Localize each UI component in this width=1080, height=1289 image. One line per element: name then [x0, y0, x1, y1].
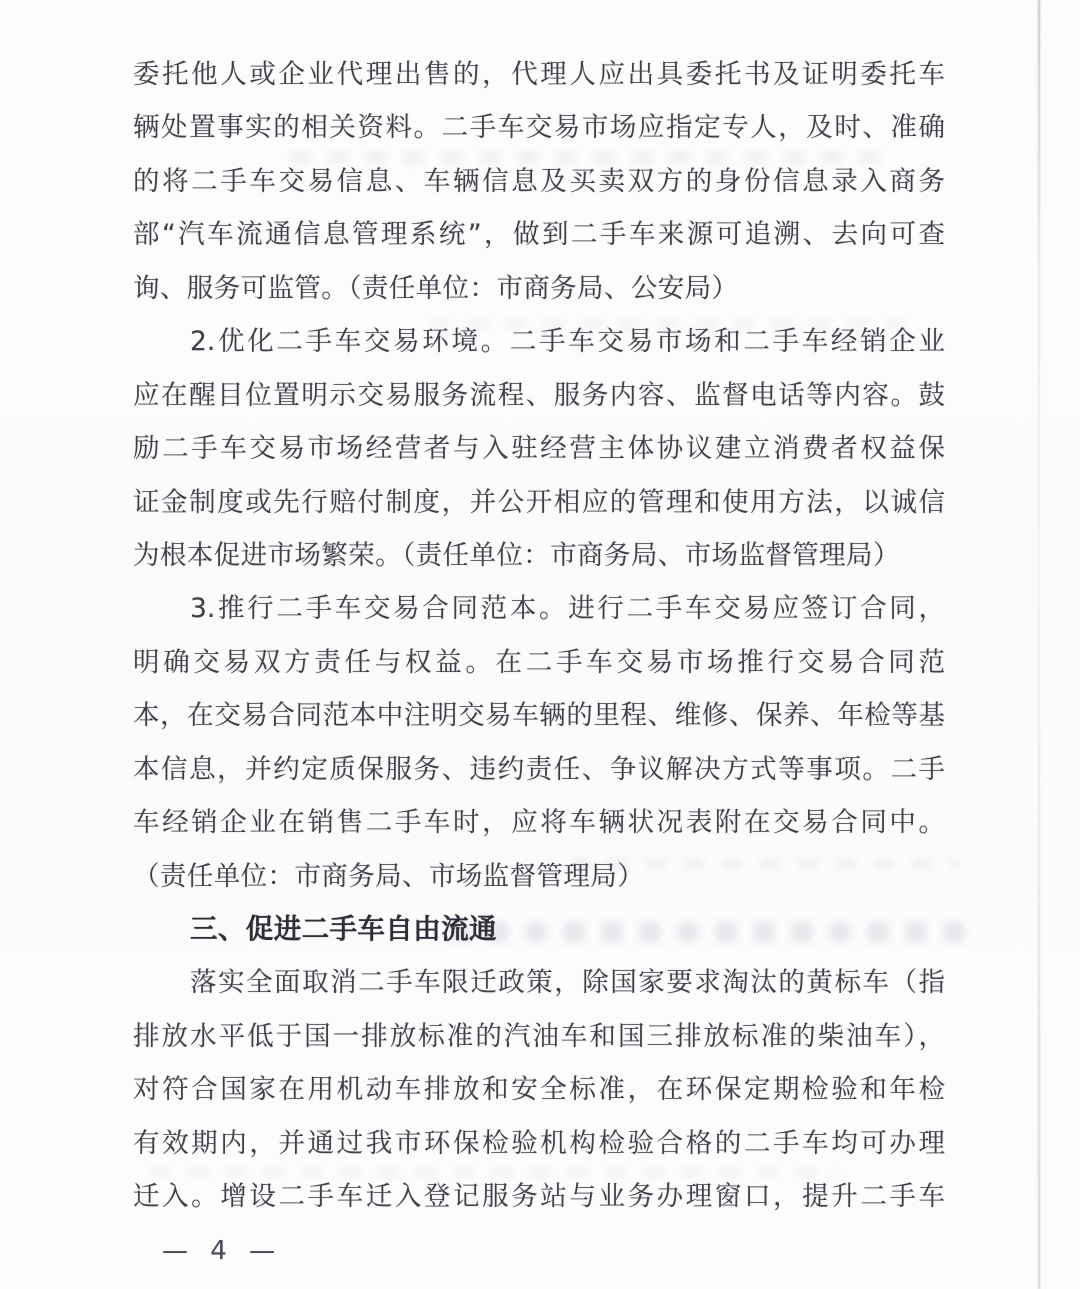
text-line: 应在醒目位置明示交易服务流程、服务内容、监督电话等内容。鼓 — [133, 369, 945, 422]
text-line: 的将二手车交易信息、车辆信息及买卖双方的身份信息录入商务 — [133, 155, 945, 208]
text-line: 励二手车交易市场经营者与入驻经营主体协议建立消费者权益保 — [133, 422, 945, 475]
text-line: 本，在交易合同范本中注明交易车辆的里程、维修、保养、年检等基 — [133, 689, 945, 742]
text-line: 有效期内，并通过我市环保检验机构检验合格的二手车均可办理 — [133, 1117, 945, 1170]
text-line: 车经销企业在销售二手车时，应将车辆状况表附在交易合同中。 — [133, 796, 945, 849]
text-line: 2.优化二手车交易环境。二手车交易市场和二手车经销企业 — [133, 315, 945, 368]
text-line: 迁入。增设二手车迁入登记服务站与业务办理窗口，提升二手车 — [133, 1170, 945, 1223]
text-line: 明确交易双方责任与权益。在二手车交易市场推行交易合同范 — [133, 636, 945, 689]
text-line: 为根本促进市场繁荣。（责任单位：市商务局、市场监督管理局） — [133, 529, 945, 582]
text-line: 部“汽车流通信息管理系统”，做到二手车来源可追溯、去向可查 — [133, 208, 945, 261]
text-line: 落实全面取消二手车限迁政策，除国家要求淘汰的黄标车（指 — [133, 956, 945, 1009]
text-line: 3.推行二手车交易合同范本。进行二手车交易应签订合同， — [133, 582, 945, 635]
text-line: 对符合国家在用机动车排放和安全标准，在环保定期检验和年检 — [133, 1063, 945, 1116]
text-line: 证金制度或先行赔付制度，并公开相应的管理和使用方法，以诚信 — [133, 476, 945, 529]
text-line: 本信息，并约定质保服务、违约责任、争议解决方式等事项。二手 — [133, 743, 945, 796]
scan-edge-line — [1038, 0, 1040, 1289]
scanned-document-page: 委托他人或企业代理出售的，代理人应出具委托书及证明委托车 辆处置事实的相关资料。… — [0, 0, 1080, 1289]
text-line: 委托他人或企业代理出售的，代理人应出具委托书及证明委托车 — [133, 48, 945, 101]
document-body: 委托他人或企业代理出售的，代理人应出具委托书及证明委托车 辆处置事实的相关资料。… — [133, 48, 945, 1224]
text-line: 排放水平低于国一排放标准的汽油车和国三排放标准的柴油车）， — [133, 1010, 945, 1063]
text-line: （责任单位：市商务局、市场监督管理局） — [133, 850, 945, 903]
page-number: — 4 — — [162, 1231, 282, 1271]
text-line: 辆处置事实的相关资料。二手车交易市场应指定专人，及时、准确 — [133, 101, 945, 154]
section-heading: 三、促进二手车自由流通 — [133, 903, 945, 956]
text-line: 询、服务可监管。（责任单位：市商务局、公安局） — [133, 262, 945, 315]
